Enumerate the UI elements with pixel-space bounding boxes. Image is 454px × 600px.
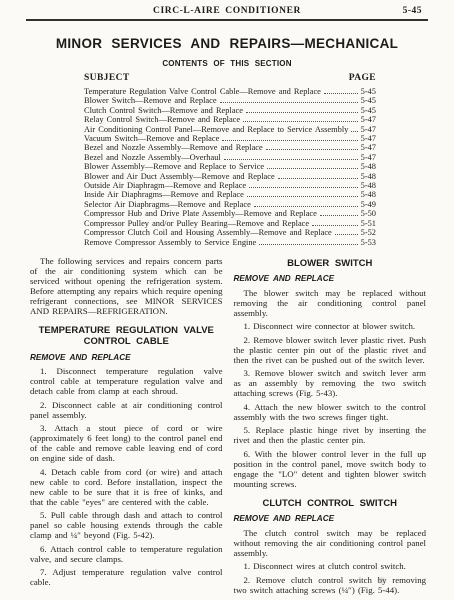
contents-heading: CONTENTS OF THIS SECTION xyxy=(0,59,454,68)
table-of-contents: SUBJECT PAGE Temperature Regulation Valv… xyxy=(84,73,376,247)
toc-entry-page: 5-45 xyxy=(361,106,376,115)
toc-entry: Compressor Pulley and/or Pulley Bearing—… xyxy=(84,219,376,228)
dot-leader xyxy=(246,112,358,113)
running-header-title: CIRC-L-AIRE CONDITIONER xyxy=(153,6,301,16)
toc-entry-subject: Vacuum Switch—Remove and Replace xyxy=(84,134,219,143)
toc-entry-page: 5-45 xyxy=(361,87,376,96)
section-subheading: REMOVE AND REPLACE xyxy=(30,353,223,362)
body-paragraph: The blower switch may be replaced withou… xyxy=(234,288,427,318)
toc-entry: Selector Air Diaphragms—Remove and Repla… xyxy=(84,200,376,209)
dot-leader xyxy=(267,168,358,169)
dot-leader xyxy=(278,178,358,179)
toc-entry-subject: Clutch Control Switch—Remove and Replace xyxy=(84,106,243,115)
toc-header-row: SUBJECT PAGE xyxy=(84,73,376,83)
toc-entry: Clutch Control Switch—Remove and Replace… xyxy=(84,106,376,115)
dot-leader xyxy=(312,225,358,226)
section-heading-clutch-control-switch: CLUTCH CONTROL SWITCH xyxy=(240,498,421,510)
body-paragraph: 4. Detach cable from cord (or wire) and … xyxy=(30,467,223,507)
toc-entry-subject: Temperature Regulation Valve Control Cab… xyxy=(84,87,321,96)
body-paragraph: 3. Attach a stout piece of cord or wire … xyxy=(30,423,223,463)
toc-entry-subject: Inside Air Diaphragms—Remove and Replace xyxy=(84,190,244,199)
toc-entry-subject: Relay Control Switch—Remove and Replace xyxy=(84,115,240,124)
toc-entry-subject: Compressor Clutch Coil and Housing Assem… xyxy=(84,228,332,237)
toc-page-label: PAGE xyxy=(349,73,376,83)
toc-entry-page: 5-47 xyxy=(361,143,376,152)
body-paragraph: 6. With the blower control lever in the … xyxy=(234,449,427,489)
body-paragraph: 6. Attach control cable to temperature r… xyxy=(30,544,223,564)
intro-paragraph: The following services and repairs conce… xyxy=(30,256,223,316)
toc-entry-page: 5-48 xyxy=(361,181,376,190)
toc-entry-subject: Bezel and Nozzle Assembly—Remove and Rep… xyxy=(84,143,263,152)
section-subheading: REMOVE AND REPLACE xyxy=(234,274,427,283)
running-header: CIRC-L-AIRE CONDITIONER 5-45 xyxy=(0,0,454,16)
toc-entry: Inside Air Diaphragms—Remove and Replace… xyxy=(84,190,376,199)
toc-entry-subject: Remove Compressor Assembly to Service En… xyxy=(84,238,256,247)
dot-leader xyxy=(266,149,358,150)
toc-entry-page: 5-47 xyxy=(361,153,376,162)
dot-leader xyxy=(220,102,358,103)
toc-entry-subject: Blower and Air Duct Assembly—Remove and … xyxy=(84,172,275,181)
dot-leader xyxy=(249,187,357,188)
manual-page: CIRC-L-AIRE CONDITIONER 5-45 MINOR SERVI… xyxy=(0,0,454,600)
dot-leader xyxy=(335,234,358,235)
body-paragraph: The clutch control switch may be replace… xyxy=(234,528,427,558)
section-subheading: REMOVE AND REPLACE xyxy=(234,514,427,523)
toc-entry-page: 5-45 xyxy=(361,96,376,105)
toc-entry: Outside Air Diaphragm—Remove and Replace… xyxy=(84,181,376,190)
body-paragraph: 2. Remove blower switch lever plastic ri… xyxy=(234,335,427,365)
toc-entry-page: 5-47 xyxy=(361,134,376,143)
toc-entry-page: 5-51 xyxy=(361,219,376,228)
page-title: MINOR SERVICES AND REPAIRS—MECHANICAL xyxy=(0,36,454,51)
body-paragraph: 1. Disconnect wire connector at blower s… xyxy=(234,321,427,331)
section-heading-blower-switch: BLOWER SWITCH xyxy=(240,258,421,270)
dot-leader xyxy=(222,140,357,141)
toc-entry-page: 5-48 xyxy=(361,172,376,181)
toc-entry: Blower and Air Duct Assembly—Remove and … xyxy=(84,172,376,181)
body-paragraph: 2. Disconnect cable at air conditioning … xyxy=(30,400,223,420)
toc-entry-page: 5-47 xyxy=(361,125,376,134)
toc-entry: Temperature Regulation Valve Control Cab… xyxy=(84,87,376,96)
dot-leader xyxy=(324,93,358,94)
body-paragraph: 1. Disconnect temperature regulation val… xyxy=(30,366,223,396)
right-column: BLOWER SWITCH REMOVE AND REPLACE The blo… xyxy=(234,256,427,599)
dot-leader xyxy=(243,121,358,122)
toc-entry: Blower Assembly—Remove and Replace to Se… xyxy=(84,162,376,171)
body-paragraph: 2. Remove clutch control switch by remov… xyxy=(234,575,427,595)
toc-entry-subject: Air Conditioning Control Panel—Remove an… xyxy=(84,125,348,134)
toc-entry-subject: Bezel and Nozzle Assembly—Overhaul xyxy=(84,153,221,162)
toc-entry-page: 5-50 xyxy=(361,209,376,218)
toc-entry-subject: Blower Assembly—Remove and Replace to Se… xyxy=(84,162,264,171)
toc-entry: Bezel and Nozzle Assembly—Remove and Rep… xyxy=(84,143,376,152)
toc-entry-subject: Outside Air Diaphragm—Remove and Replace xyxy=(84,181,246,190)
body-paragraph: 4. Attach the new blower switch to the c… xyxy=(234,402,427,422)
page-number: 5-45 xyxy=(403,6,422,16)
toc-entry: Vacuum Switch—Remove and Replace5-47 xyxy=(84,134,376,143)
toc-entry: Compressor Clutch Coil and Housing Assem… xyxy=(84,228,376,237)
toc-entry: Air Conditioning Control Panel—Remove an… xyxy=(84,125,376,134)
toc-entry-page: 5-48 xyxy=(361,162,376,171)
toc-entry-page: 5-53 xyxy=(361,238,376,247)
body-columns: The following services and repairs conce… xyxy=(30,256,426,599)
body-paragraph: 5. Replace plastic hinge rivet by insert… xyxy=(234,425,427,445)
toc-entry-subject: Blower Switch—Remove and Replace xyxy=(84,96,217,105)
dot-leader xyxy=(259,244,357,245)
toc-entry: Blower Switch—Remove and Replace5-45 xyxy=(84,96,376,105)
toc-subject-label: SUBJECT xyxy=(84,73,130,83)
body-paragraph: 7. Adjust temperature regulation valve c… xyxy=(30,567,223,587)
toc-entry-subject: Compressor Hub and Drive Plate Assembly—… xyxy=(84,209,317,218)
dot-leader xyxy=(254,206,358,207)
toc-entry-subject: Compressor Pulley and/or Pulley Bearing—… xyxy=(84,219,309,228)
body-paragraph: 3. Remove blower switch and switch lever… xyxy=(234,368,427,398)
dot-leader xyxy=(320,215,358,216)
scan-smudge xyxy=(376,576,387,585)
toc-entry-page: 5-47 xyxy=(361,115,376,124)
toc-entry-page: 5-48 xyxy=(361,190,376,199)
toc-entry-page: 5-49 xyxy=(361,200,376,209)
toc-entry: Compressor Hub and Drive Plate Assembly—… xyxy=(84,209,376,218)
dot-leader xyxy=(224,159,358,160)
toc-entry-subject: Selector Air Diaphragms—Remove and Repla… xyxy=(84,200,251,209)
dot-leader xyxy=(247,196,358,197)
toc-entry-page: 5-52 xyxy=(361,228,376,237)
toc-entry: Relay Control Switch—Remove and Replace5… xyxy=(84,115,376,124)
body-paragraph: 1. Disconnect wires at clutch control sw… xyxy=(234,561,427,571)
body-paragraph: 5. Pull cable through dash and attach to… xyxy=(30,510,223,540)
toc-entry: Bezel and Nozzle Assembly—Overhaul5-47 xyxy=(84,153,376,162)
section-heading-temperature-regulation-valve-control-cable: TEMPERATURE REGULATION VALVE CONTROL CAB… xyxy=(36,325,217,348)
dot-leader xyxy=(351,131,357,132)
header-rule xyxy=(26,19,428,21)
left-column: The following services and repairs conce… xyxy=(30,256,223,599)
toc-entry: Remove Compressor Assembly to Service En… xyxy=(84,238,376,247)
